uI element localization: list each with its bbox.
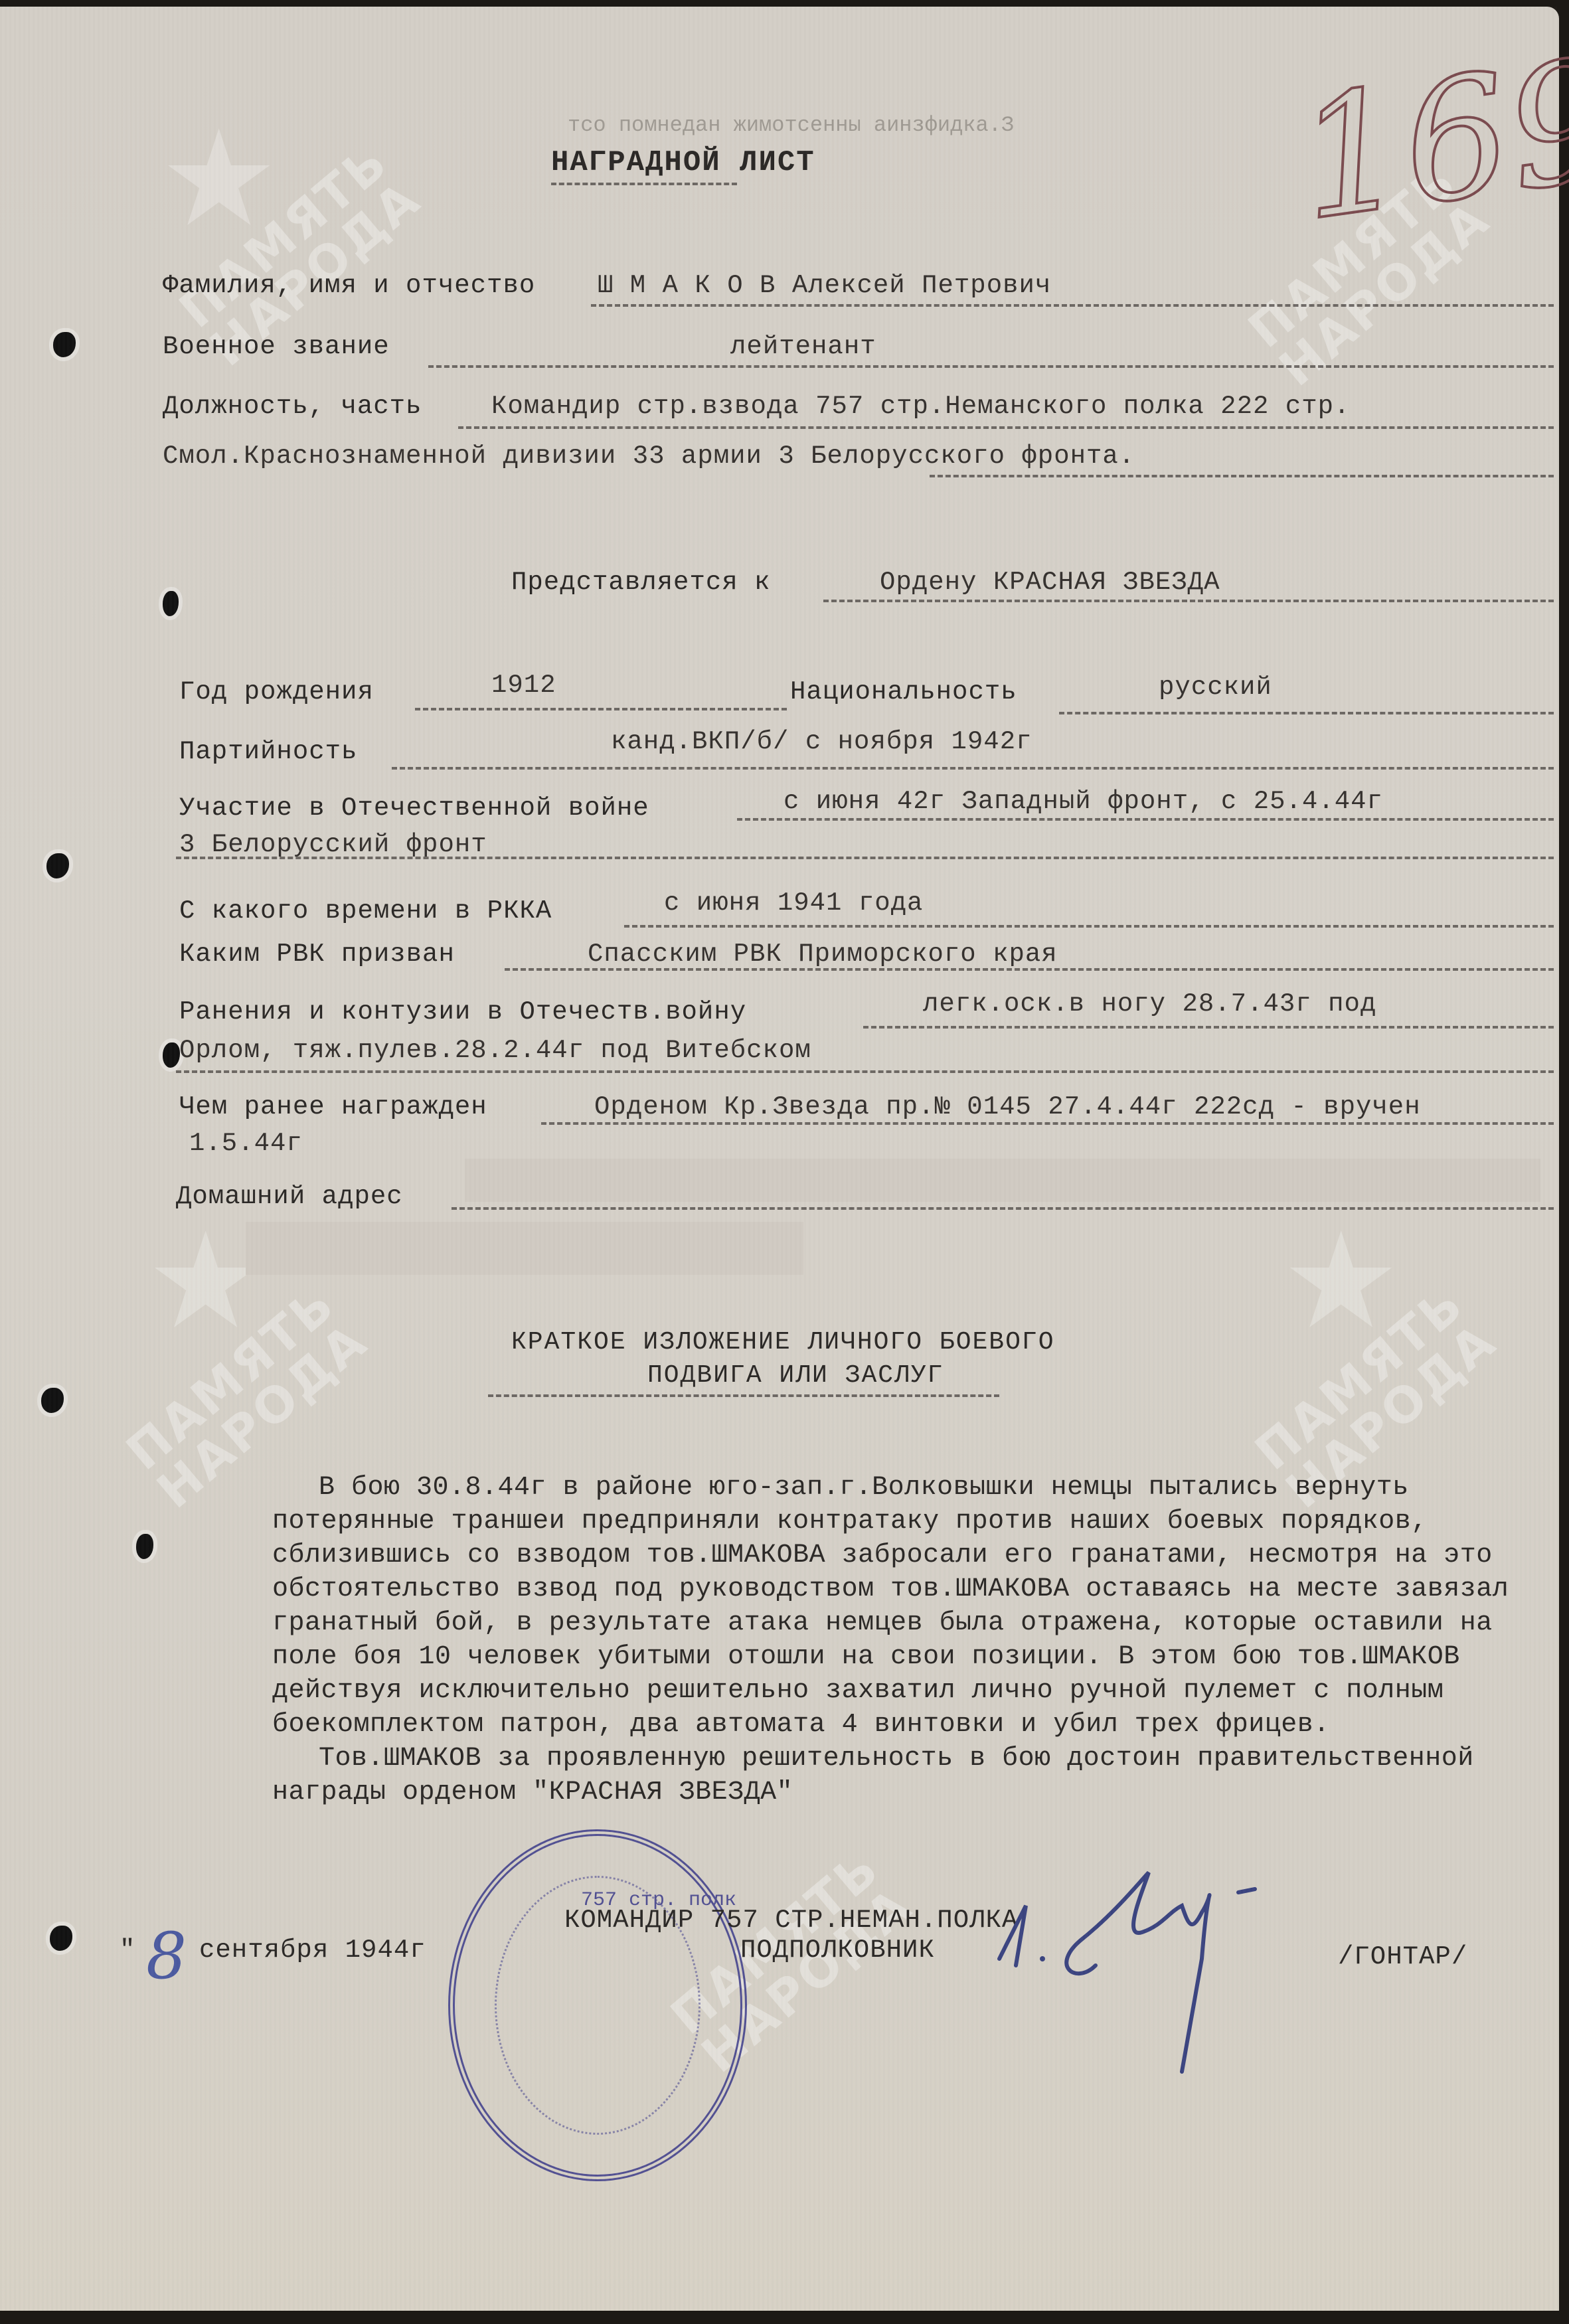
watermark-star-icon: ★: [1281, 1215, 1400, 1348]
party-label: Партийность: [179, 737, 357, 766]
signatory-rank: ПОДПОЛКОВНИК: [740, 1936, 935, 1965]
date-month-year: сентября 1944г: [199, 1936, 426, 1965]
summary-paragraph: В бою 30.8.44г в районе юго-зап.г.Волков…: [272, 1471, 1554, 1742]
rank-rule: [428, 365, 1554, 368]
document-title: НАГРАДНОЙ ЛИСТ: [551, 146, 815, 179]
nationality-value: русский: [1159, 673, 1272, 702]
rank-value: лейтенант: [730, 332, 876, 361]
punch-hole: [53, 332, 76, 357]
name-value: Ш М А К О В Алексей Петрович: [598, 271, 1051, 300]
home-address-rule: [452, 1207, 1554, 1210]
handwritten-day: 8: [146, 1919, 187, 1993]
war-value-line1: с июня 42г Западный фронт, с 25.4.44г: [784, 787, 1383, 816]
position-value-line1: Командир стр.взвода 757 стр.Неманского п…: [491, 392, 1350, 421]
watermark-star-icon: ★: [159, 113, 278, 246]
drafted-rule: [505, 968, 1554, 971]
party-value: канд.ВКП/б/ с ноября 1942г: [611, 727, 1032, 756]
name-label: Фамилия, имя и отчество: [163, 271, 535, 300]
prior-awards-value-line1: Орденом Кр.Звезда пр.№ 0145 27.4.44г 222…: [594, 1092, 1421, 1121]
nominated-value: Ордену КРАСНАЯ ЗВЕЗДА: [880, 568, 1220, 597]
header-ghost-text: тсо помнедан жимотсенны аинзфидка.З: [568, 113, 1014, 137]
war-label: Участие в Отечественной войне: [179, 793, 649, 823]
home-address-label: Домашний адрес: [176, 1182, 403, 1211]
punch-hole: [41, 1388, 64, 1413]
rkka-label: С какого времени в РККА: [179, 896, 552, 926]
signatory-name: /ГОНТАР/: [1338, 1942, 1467, 1971]
punch-hole: [136, 1534, 153, 1559]
prior-awards-value-line2: 1.5.44г: [189, 1129, 303, 1158]
summary-title-line2: ПОДВИГА ИЛИ ЗАСЛУГ: [647, 1361, 944, 1390]
award-sheet: ★ ПАМЯТЬНАРОДА ПАМЯТЬНАРОДА ★ ★ ПАМЯТЬНА…: [0, 7, 1559, 2311]
nationality-label: Национальность: [790, 677, 1017, 706]
rank-label: Военное звание: [163, 332, 390, 361]
war-rule: [737, 818, 1554, 821]
position-rule: [458, 426, 1554, 429]
wounds-rule-2: [176, 1070, 1554, 1073]
official-stamp: 757 стр. полк: [448, 1829, 747, 2181]
title-underline: [551, 183, 737, 185]
wounds-value-line2: Орлом, тяж.пулев.28.2.44г под Витебском: [179, 1036, 811, 1065]
party-rule: [392, 767, 1554, 770]
drafted-label: Каким РВК призван: [179, 940, 455, 969]
page-number: 169: [1286, 22, 1569, 258]
drafted-value: Спасским РВК Приморского края: [588, 940, 1058, 969]
redaction-block: [246, 1222, 803, 1275]
birth-year-rule: [415, 708, 787, 710]
rkka-value: с июня 1941 года: [664, 888, 923, 918]
punch-hole: [46, 853, 69, 878]
punch-hole: [50, 1926, 72, 1951]
position-value-line2: Смол.Краснознаменной дивизии 33 армии 3 …: [163, 442, 1135, 471]
signature: [989, 1866, 1361, 2158]
date-quote-open: ": [120, 1936, 135, 1965]
summary-title-line1: КРАТКОЕ ИЗЛОЖЕНИЕ ЛИЧНОГО БОЕВОГО: [511, 1328, 1055, 1357]
birth-year-value: 1912: [491, 671, 556, 700]
home-address-redaction: [465, 1159, 1540, 1202]
wounds-label: Ранения и контузии в Отечеств.войну: [179, 997, 746, 1027]
prior-awards-label: Чем ранее награжден: [179, 1092, 487, 1121]
punch-hole: [163, 591, 179, 616]
position-rule-2: [930, 475, 1554, 477]
wounds-value-line1: легк.оск.в ногу 28.7.43г под: [923, 989, 1376, 1019]
nationality-rule: [1059, 712, 1554, 714]
summary-body: В бою 30.8.44г в районе юго-зап.г.Волков…: [272, 1471, 1554, 1809]
position-label: Должность, часть: [163, 392, 422, 421]
wounds-rule: [863, 1026, 1554, 1029]
name-rule: [591, 304, 1554, 307]
summary-title-rule: [488, 1394, 999, 1397]
birth-year-label: Год рождения: [179, 677, 374, 706]
nominated-rule: [823, 600, 1554, 602]
war-rule-2: [176, 857, 1554, 859]
rkka-rule: [624, 925, 1554, 928]
prior-awards-rule: [541, 1122, 1554, 1125]
summary-paragraph: Тов.ШМАКОВ за проявленную решительность …: [272, 1742, 1554, 1809]
signatory-title: КОМАНДИР 757 СТР.НЕМАН.ПОЛКА: [564, 1906, 1018, 1935]
punch-hole: [163, 1042, 180, 1068]
nominated-label: Представляется к: [511, 568, 770, 597]
war-value-line2: 3 Белорусский фронт: [179, 830, 487, 859]
